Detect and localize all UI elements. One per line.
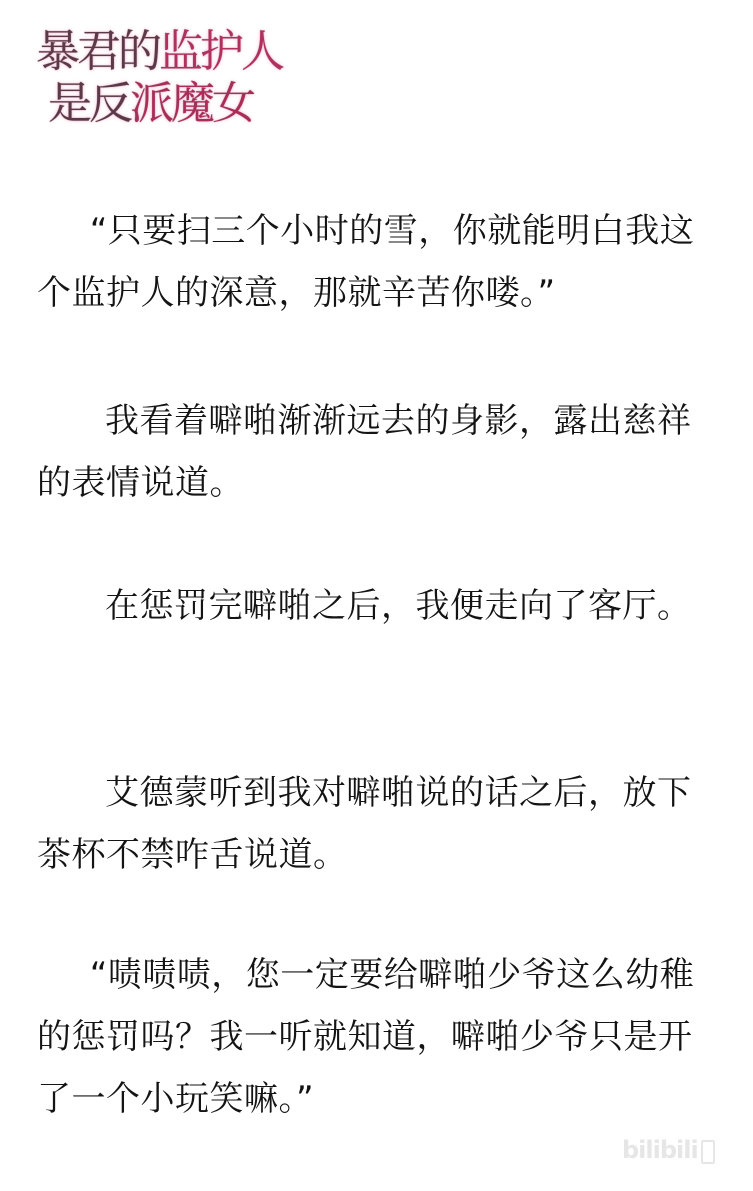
- title-part: 监护人: [159, 26, 282, 77]
- title-line-1: 暴君的监护人: [36, 30, 282, 74]
- title-part: 暴君的: [36, 26, 159, 77]
- paragraph: “只要扫三个小时的雪，你就能明白我这个监护人的深意，那就辛苦你喽。”: [37, 200, 721, 324]
- bilibili-tv-icon: [701, 1140, 715, 1164]
- title-line-2: 是反派魔女: [48, 82, 253, 126]
- watermark-text: bilibili: [622, 1136, 698, 1164]
- paragraph: 我看着噼啪渐渐远去的身影，露出慈祥的表情说道。: [37, 390, 721, 514]
- paragraph: “啧啧啧，您一定要给噼啪少爷这么幼稚的惩罚吗？我一听就知道，噼啪少爷只是开了一个…: [37, 944, 721, 1130]
- paragraph: 在惩罚完噼啪之后，我便走向了客厅。: [37, 575, 692, 637]
- title-part: 是反: [48, 78, 130, 129]
- bilibili-watermark: bilibili: [622, 1128, 722, 1164]
- title-part: 派魔女: [130, 78, 253, 129]
- paragraph: 艾德蒙听到我对噼啪说的话之后，放下茶杯不禁咋舌说道。: [37, 762, 721, 886]
- comic-title-logo: 暴君的监护人 是反派魔女: [36, 26, 266, 136]
